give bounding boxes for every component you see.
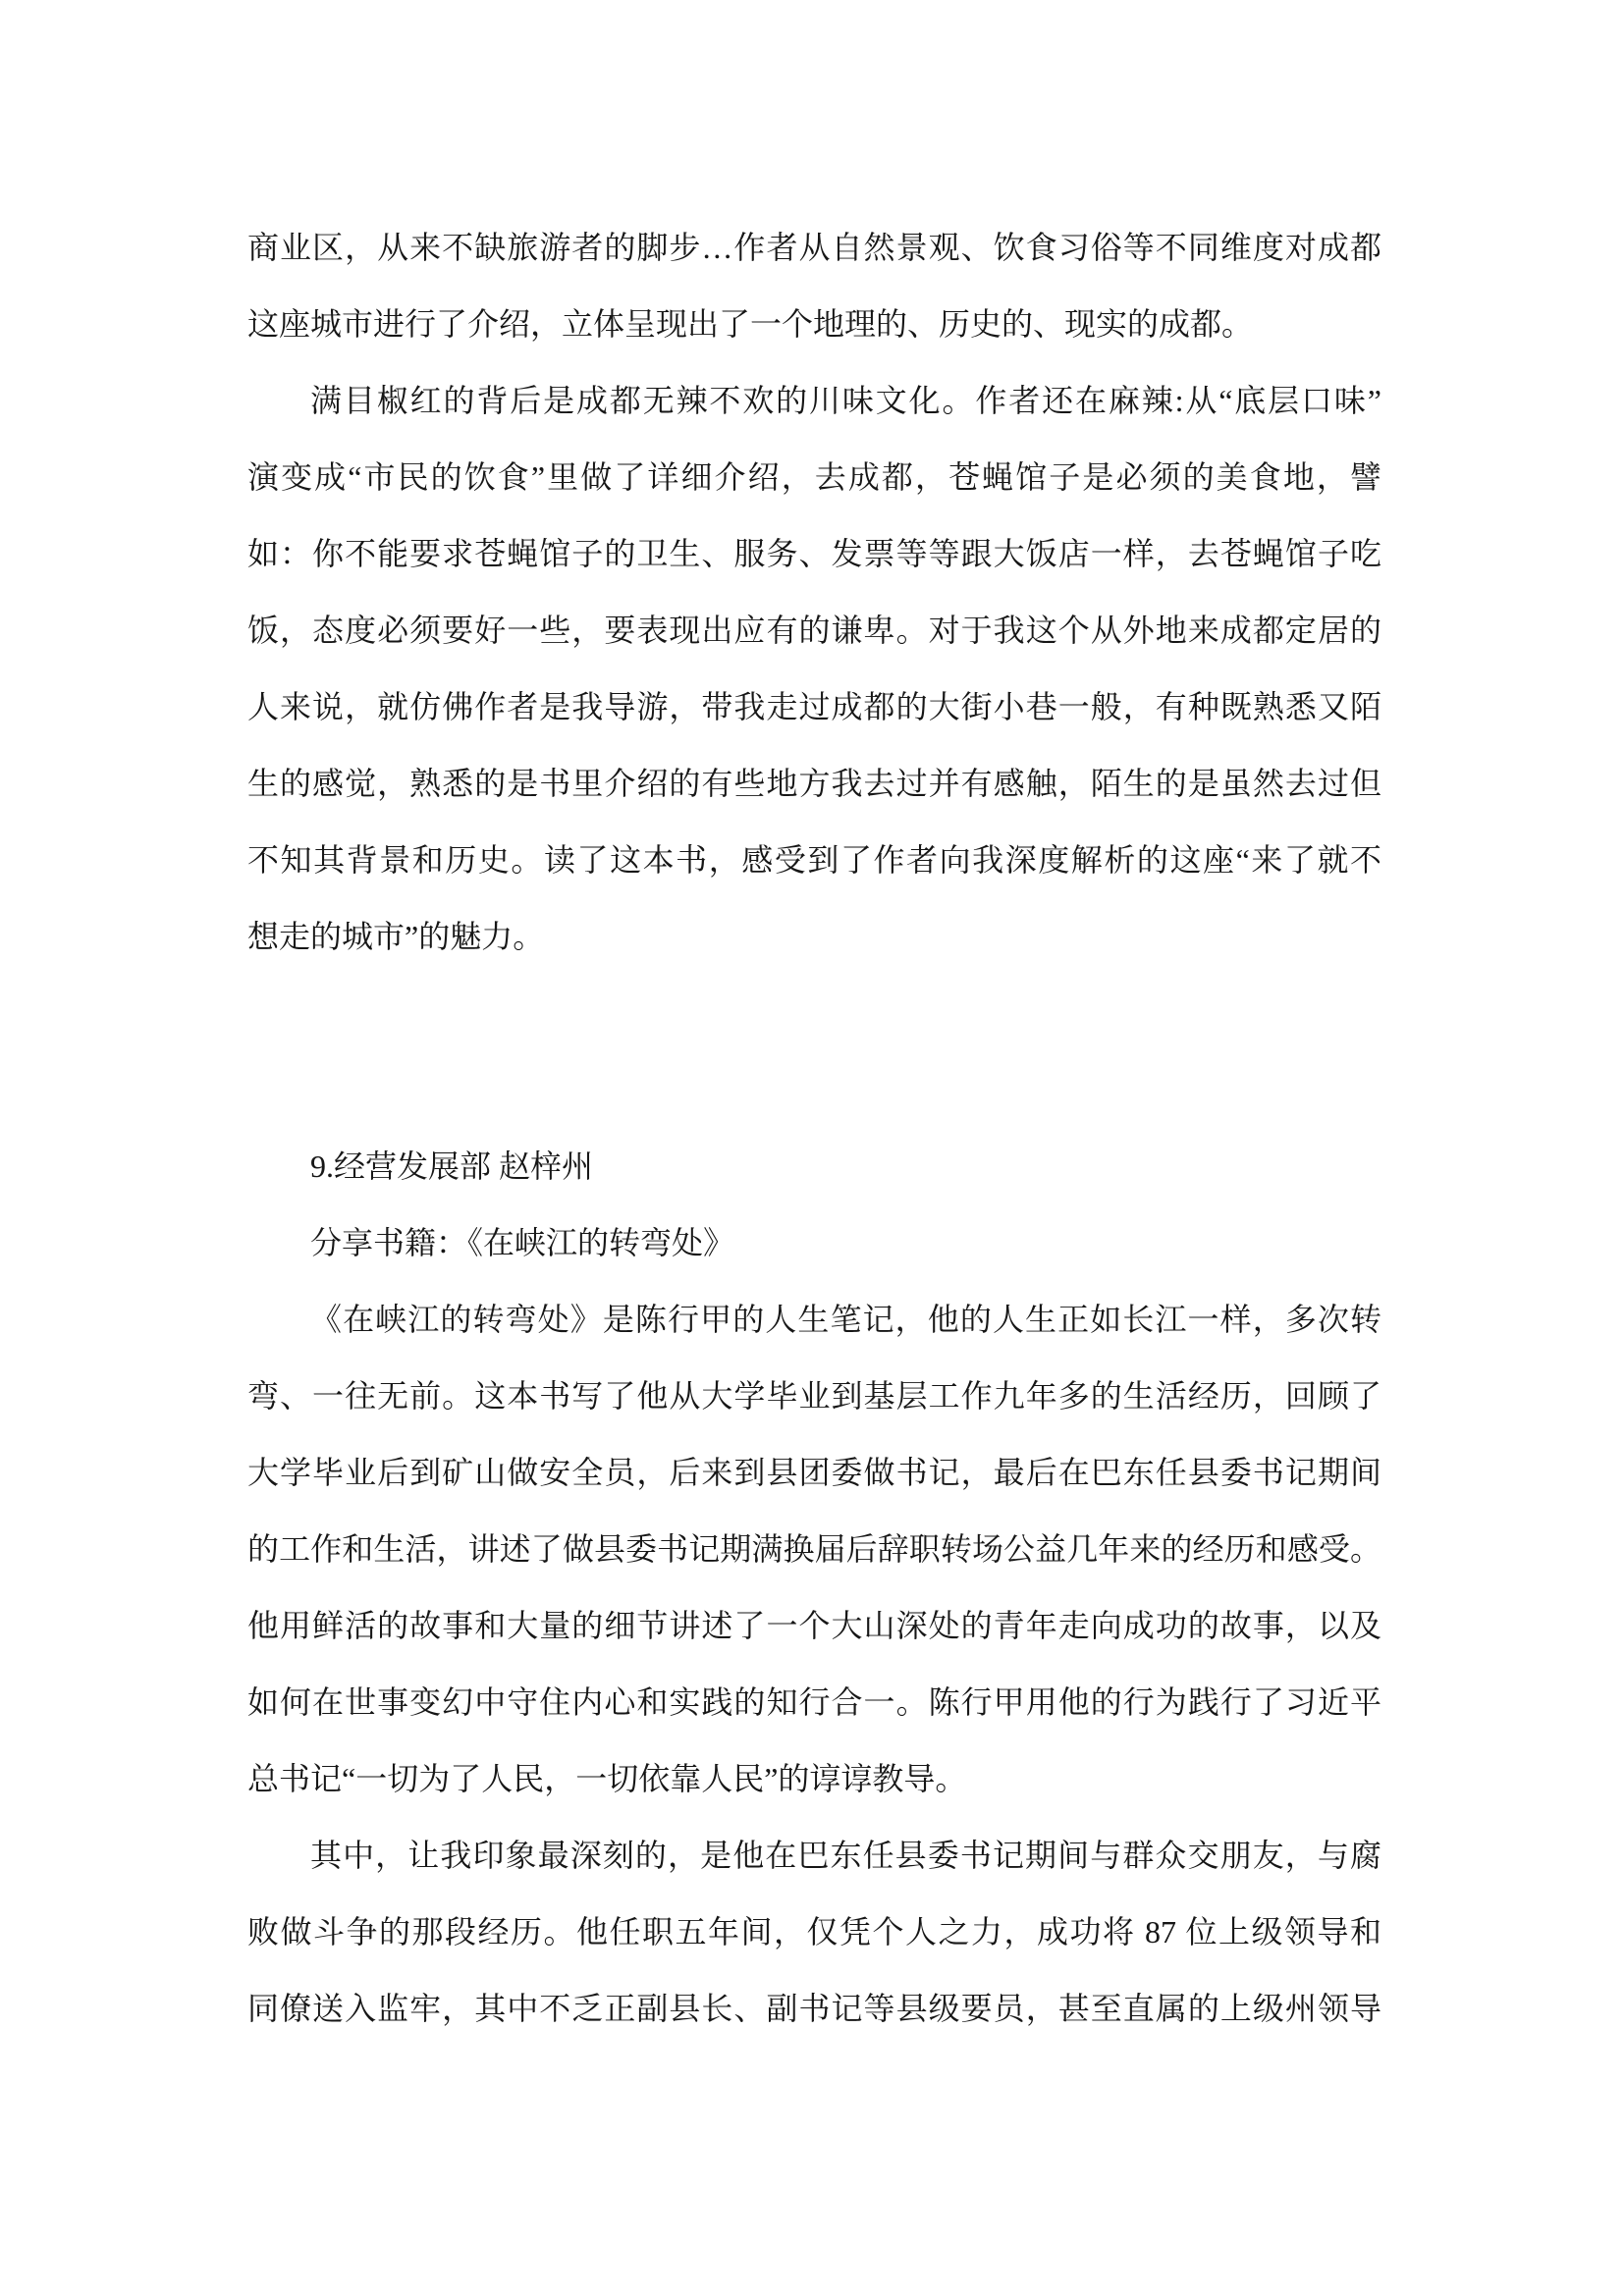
text-line: 如：你不能要求苍蝇馆子的卫生、服务、发票等等跟大饭店一样，去苍蝇馆子吃 [247, 515, 1381, 592]
text-line: 饭，态度必须要好一些，要表现出应有的谦卑。对于我这个从外地来成都定居的 [247, 592, 1381, 668]
text-line: 生的感觉，熟悉的是书里介绍的有些地方我去过并有感触，陌生的是虽然去过但 [247, 745, 1381, 822]
text-line: 败做斗争的那段经历。他任职五年间，仅凭个人之力，成功将 87 位上级领导和 [247, 1894, 1381, 1970]
text-line: 想走的城市”的魅力。 [247, 898, 1381, 975]
text-line: 不知其背景和历史。读了这本书，感受到了作者向我深度解析的这座“来了就不 [247, 822, 1381, 898]
spacer-between-sections [247, 975, 1381, 1128]
text-line: 演变成“市民的饮食”里做了详细介绍，去成都，苍蝇馆子是必须的美食地，譬 [247, 439, 1381, 515]
heading-sharer-number-9: 9.经营发展部 赵梓州 [247, 1128, 1381, 1204]
text-line: 总书记“一切为了人民，一切依靠人民”的谆谆教导。 [247, 1740, 1381, 1817]
text-line: 满目椒红的背后是成都无辣不欢的川味文化。作者还在麻辣:从“底层口味” [247, 362, 1381, 439]
text-line: 他用鲜活的故事和大量的细节讲述了一个大山深处的青年走向成功的故事，以及 [247, 1587, 1381, 1664]
paragraph-chengdu-intro-continued: 商业区，从来不缺旅游者的脚步…作者从自然景观、饮食习俗等不同维度对成都这座城市进… [247, 209, 1381, 362]
text-line: 这座城市进行了介绍，立体呈现出了一个地理的、历史的、现实的成都。 [247, 286, 1381, 362]
paragraph-deepest-impression: 其中，让我印象最深刻的，是他在巴东任县委书记期间与群众交朋友，与腐败做斗争的那段… [247, 1817, 1381, 2047]
blank-line [247, 1051, 1381, 1128]
text-line: 弯、一往无前。这本书写了他从大学毕业到基层工作九年多的生活经历，回顾了 [247, 1358, 1381, 1434]
blank-line [247, 975, 1381, 1051]
heading-shared-book-title: 分享书籍：《在峡江的转弯处》 [247, 1204, 1381, 1281]
text-line: 的工作和生活，讲述了做县委书记期满换届后辞职转场公益几年来的经历和感受。 [247, 1511, 1381, 1587]
paragraph-chengdu-food-culture: 满目椒红的背后是成都无辣不欢的川味文化。作者还在麻辣:从“底层口味”演变成“市民… [247, 362, 1381, 975]
text-line: 分享书籍：《在峡江的转弯处》 [247, 1204, 1381, 1281]
text-line: 其中，让我印象最深刻的，是他在巴东任县委书记期间与群众交朋友，与腐 [247, 1817, 1381, 1894]
text-line: 《在峡江的转弯处》是陈行甲的人生笔记，他的人生正如长江一样，多次转 [247, 1281, 1381, 1358]
text-line: 商业区，从来不缺旅游者的脚步…作者从自然景观、饮食习俗等不同维度对成都 [247, 209, 1381, 286]
text-line: 大学毕业后到矿山做安全员，后来到县团委做书记，最后在巴东任县委书记期间 [247, 1434, 1381, 1511]
text-line: 9.经营发展部 赵梓州 [247, 1128, 1381, 1204]
paragraph-book-summary: 《在峡江的转弯处》是陈行甲的人生笔记，他的人生正如长江一样，多次转弯、一往无前。… [247, 1281, 1381, 1817]
text-line: 如何在世事变幻中守住内心和实践的知行合一。陈行甲用他的行为践行了习近平 [247, 1664, 1381, 1740]
text-line: 同僚送入监牢，其中不乏正副县长、副书记等县级要员，甚至直属的上级州领导 [247, 1970, 1381, 2047]
text-line: 人来说，就仿佛作者是我导游，带我走过成都的大街小巷一般，有种既熟悉又陌 [247, 668, 1381, 745]
text-area: 商业区，从来不缺旅游者的脚步…作者从自然景观、饮食习俗等不同维度对成都这座城市进… [247, 209, 1381, 2047]
document-page: 商业区，从来不缺旅游者的脚步…作者从自然景观、饮食习俗等不同维度对成都这座城市进… [0, 0, 1624, 2296]
